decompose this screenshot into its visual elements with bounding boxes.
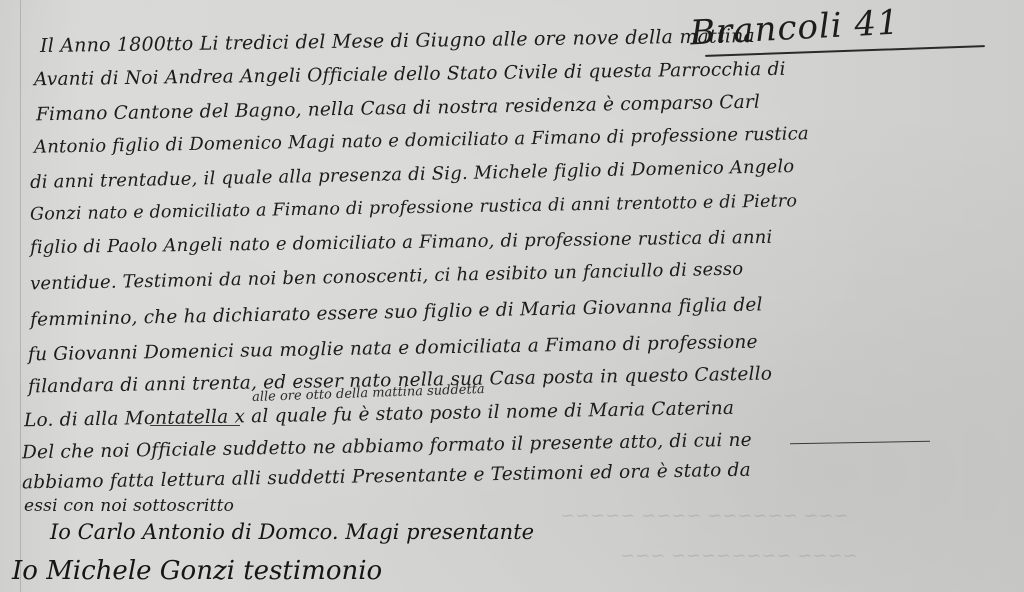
- record-line-7: figlio di Paolo Angeli nato e domiciliat…: [30, 227, 773, 258]
- record-line-5: di anni trentadue, il quale alla presenz…: [30, 156, 795, 193]
- record-line-2: Avanti di Noi Andrea Angeli Officiale de…: [34, 59, 786, 90]
- signature-presentante: Io Carlo Antonio di Domco. Magi presenta…: [50, 520, 534, 544]
- name-underline: [150, 425, 240, 426]
- bleed-through-text: ~~~ ~~~~~~ ~~~~ ~~~~~: [560, 505, 849, 526]
- record-line-12: Lo. di alla Montatella x al quale fu è s…: [24, 398, 734, 431]
- page-margin-rule: [20, 0, 21, 592]
- record-line-1: Il Anno 1800tto Li tredici del Mese di G…: [40, 25, 755, 57]
- record-line-8: ventidue. Testimoni da noi ben conoscent…: [30, 259, 744, 295]
- document-page: ~~~ ~~~~~~ ~~~~ ~~~~~ ~~~~ ~~~~~~~~ ~~~ …: [0, 0, 1024, 592]
- record-line-15: essi con noi sottoscritto: [24, 496, 234, 516]
- record-line-14: abbiamo fatta lettura alli suddetti Pres…: [22, 460, 751, 494]
- record-line-4: Antonio figlio di Domenico Magi nato e d…: [34, 123, 809, 158]
- record-line-6: Gonzi nato e domiciliato a Fimano di pro…: [30, 191, 797, 224]
- record-line-9: femminino, che ha dichiarato essere suo …: [30, 294, 763, 330]
- signature-testimonio: Io Michele Gonzi testimonio: [12, 556, 382, 586]
- record-line-13: Del che noi Officiale suddetto ne abbiam…: [22, 430, 752, 464]
- name-underline: [790, 441, 930, 444]
- record-line-10: fu Giovanni Domenici sua moglie nata e d…: [28, 332, 758, 366]
- bleed-through-text: ~~~~ ~~~~~~~~ ~~~: [620, 545, 858, 566]
- record-line-3: Fimano Cantone del Bagno, nella Casa di …: [36, 92, 760, 126]
